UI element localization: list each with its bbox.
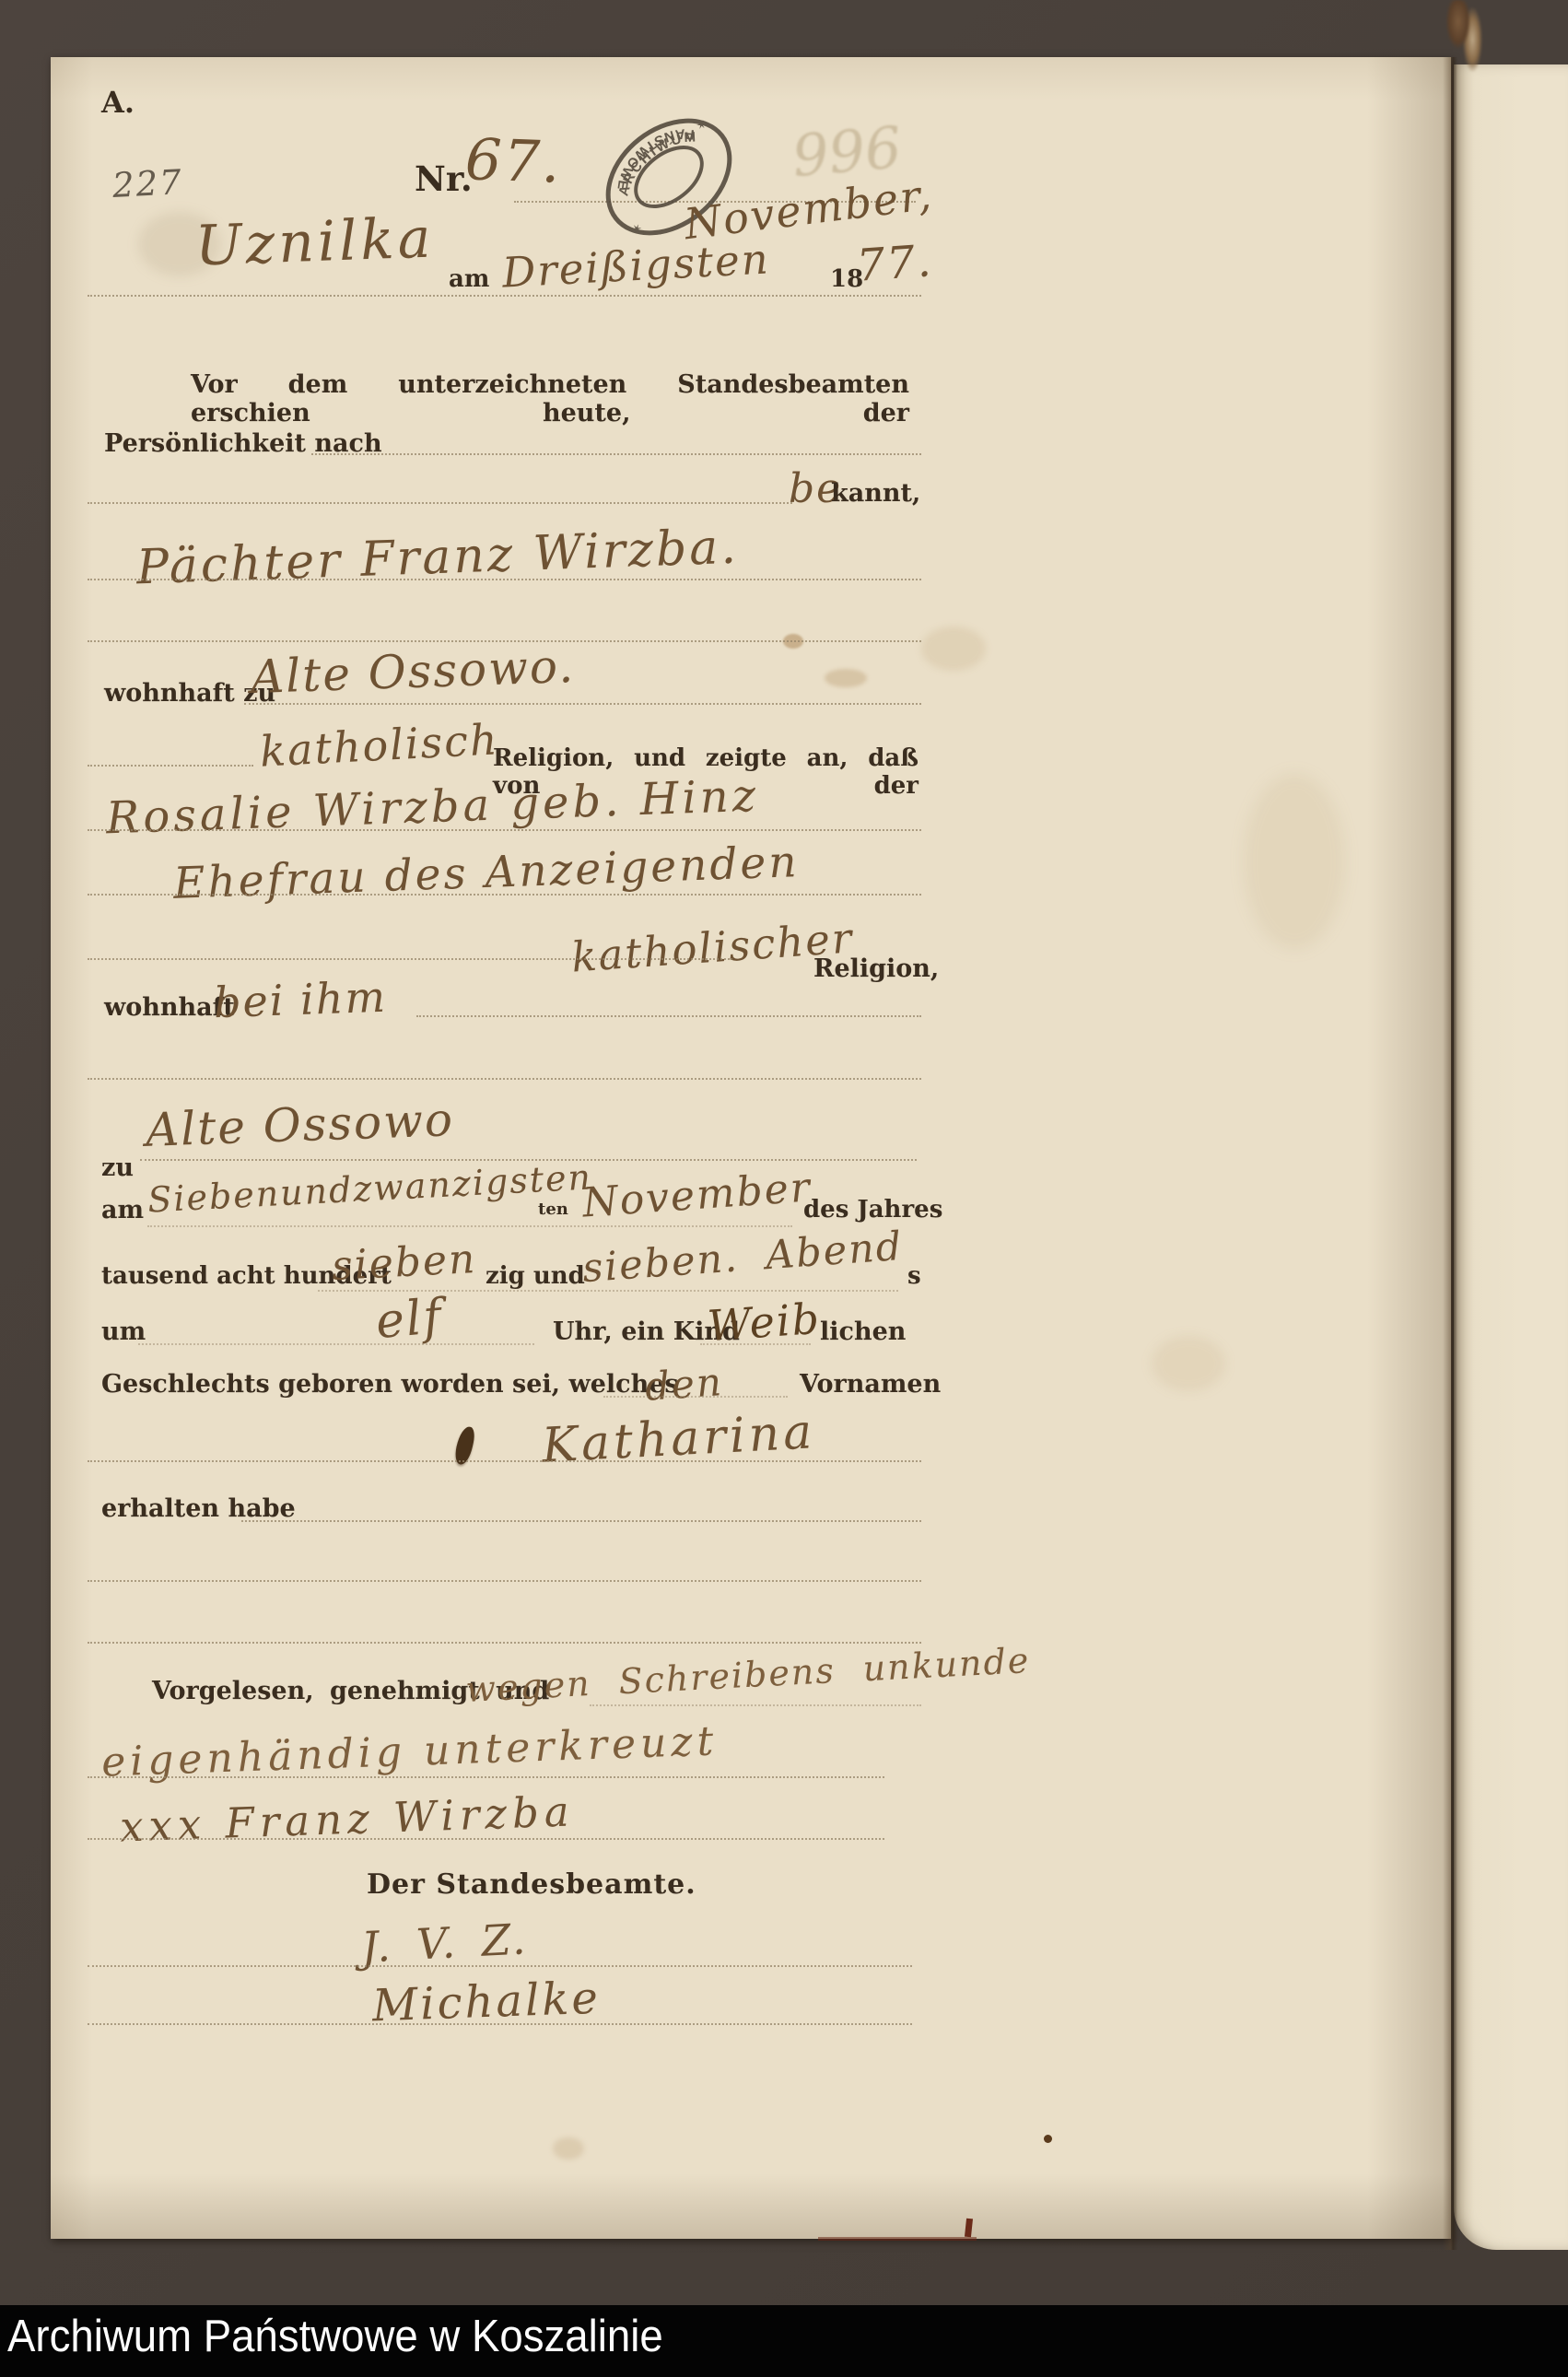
birth-place: Alte Ossowo <box>145 1093 455 1157</box>
zig-und-label: zig und <box>486 1262 585 1290</box>
form-line <box>88 502 792 504</box>
am2-label: am <box>101 1196 144 1224</box>
zu-label: zu <box>101 1153 134 1182</box>
form-line <box>241 1520 921 1522</box>
form-line <box>88 579 921 580</box>
am-label: am <box>449 265 489 293</box>
form-line <box>88 958 732 960</box>
archive-name-caption: Archiwum Państwowe w Koszalinie <box>7 2311 663 2362</box>
page-fold-crease <box>1443 57 1457 2250</box>
form-line <box>88 765 253 767</box>
intro-line: Vor dem unterzeichneten Standesbeamten e… <box>191 370 909 427</box>
form-line <box>603 1396 788 1398</box>
des-jahres-label: des Jahres <box>803 1196 942 1224</box>
mother-residence: bei ihm <box>213 972 388 1028</box>
form-line <box>88 295 921 297</box>
birth-hour: elf <box>374 1289 446 1350</box>
form-line <box>88 1838 884 1840</box>
ink-speck <box>1044 2135 1052 2143</box>
year-value: 77. <box>855 235 934 292</box>
registrar-signature-prefix: J. V. Z. <box>360 1914 529 1972</box>
form-line <box>88 2023 912 2025</box>
form-line <box>88 894 921 896</box>
form-line <box>244 703 921 705</box>
religion2-label: Religion, <box>813 954 939 983</box>
form-line <box>88 1642 921 1644</box>
section-letter: A. <box>101 85 135 120</box>
form-line <box>88 1965 912 1967</box>
ten-suffix-label: ten <box>538 1200 568 1219</box>
um-label: um <box>101 1317 146 1346</box>
form-line <box>88 1776 884 1778</box>
form-line <box>311 453 921 455</box>
form-line <box>138 1343 534 1345</box>
registry-place: Uznilka <box>194 205 436 278</box>
adjacent-page <box>1454 64 1568 2250</box>
geschlechts-line: Geschlechts geboren worden sei, welches <box>101 1370 679 1399</box>
red-edge-streak <box>818 2237 977 2241</box>
form-line <box>590 1704 921 1706</box>
form-line <box>416 1015 921 1017</box>
archive-scan: A. 227 Nr. 67. ARCHIWUM PAŃSTWOWE ✶ ✶ 99… <box>0 0 1568 2377</box>
form-line <box>700 1343 811 1345</box>
s-suffix-label: s <box>907 1262 921 1290</box>
form-line <box>147 1225 792 1227</box>
record-number-value: 67. <box>464 125 563 196</box>
page-number-annotation: 227 <box>111 162 184 205</box>
year-decade: sieben <box>331 1235 478 1290</box>
vornamen-article: den <box>643 1359 724 1410</box>
form-line <box>88 1078 921 1080</box>
form-line <box>88 1580 921 1582</box>
lichen-label: lichen <box>820 1317 906 1346</box>
declarant-residence: Alte Ossowo. <box>250 639 576 704</box>
form-line <box>88 1460 921 1462</box>
form-line <box>88 829 921 831</box>
bekannt-label: kannt, <box>831 479 920 508</box>
stamp-star-icon: ✶ <box>628 220 646 239</box>
registrar-title: Der Standesbeamte. <box>367 1868 696 1901</box>
vornamen-label: Vornamen <box>800 1370 941 1399</box>
child-gender: Weib <box>706 1294 822 1351</box>
erhalten-habe-label: erhalten habe <box>101 1494 296 1523</box>
